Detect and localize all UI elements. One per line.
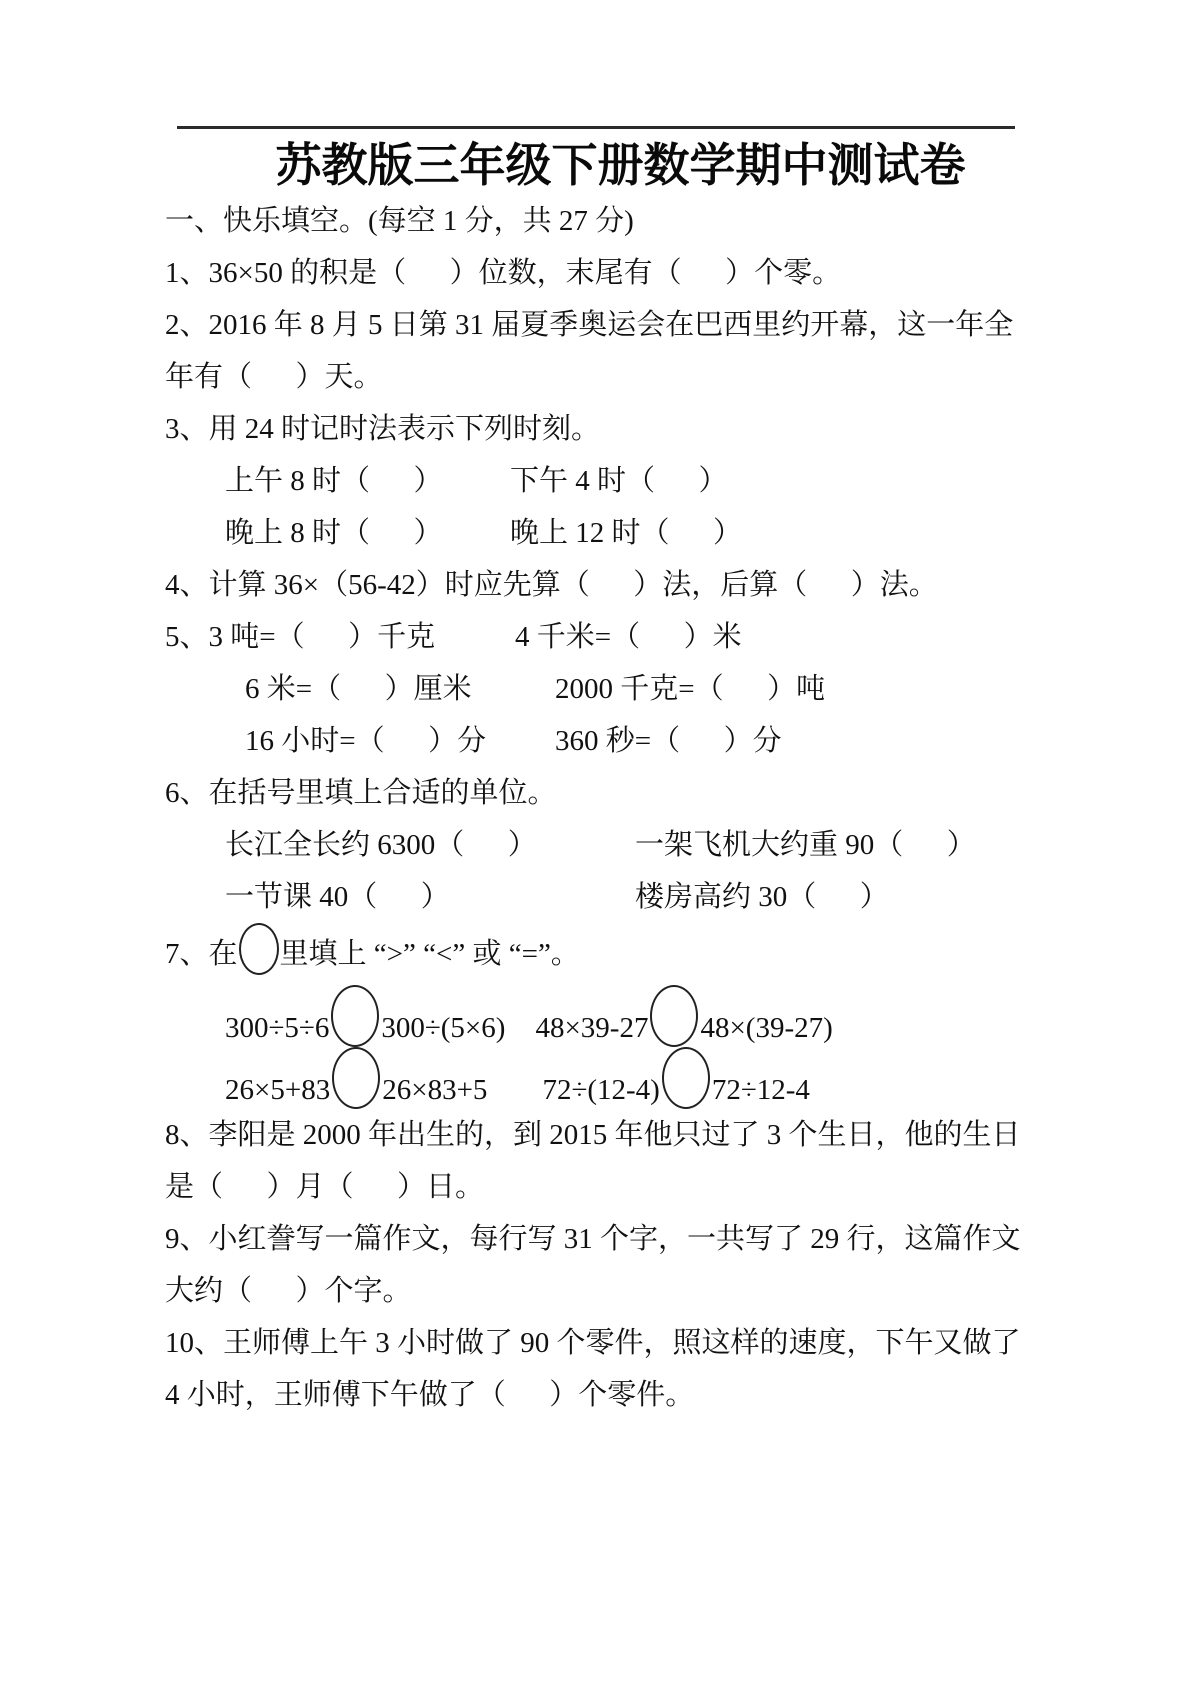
q6-row1-item2: 一架飞机大约重 90（ ） — [635, 829, 976, 861]
q3-row1-item1: 上午 8 时（ ） — [225, 455, 510, 507]
q7-row2-expr-b: 26×83+5 — [382, 1074, 487, 1106]
question-2-line1: 2、2016 年 8 月 5 日第 31 届夏季奥运会在巴西里约开幕，这一年全 — [165, 299, 1065, 351]
q7-intro-post: 里填上 “>” “<” 或 “=”。 — [280, 938, 580, 970]
header-rule — [177, 126, 1015, 129]
question-1: 1、36×50 的积是（ ）位数，末尾有（ ）个零。 — [165, 247, 1065, 299]
question-7-row1: 300÷5÷6300÷(5×6)48×39-2748×(39-27) — [165, 985, 1065, 1047]
q7-row1-expr-d: 48×(39-27) — [700, 1012, 832, 1044]
question-6-row1: 长江全长约 6300（ ）一架飞机大约重 90（ ） — [165, 819, 1065, 871]
question-6-intro: 6、在括号里填上合适的单位。 — [165, 767, 1065, 819]
blank-circle-icon — [331, 985, 379, 1047]
document-page: 苏教版三年级下册数学期中测试卷 一、快乐填空。(每空 1 分，共 27 分) 1… — [0, 0, 1191, 1684]
question-7-row2: 26×5+8326×83+572÷(12-4)72÷12-4 — [165, 1047, 1065, 1109]
q6-row2-item2: 楼房高约 30（ ） — [635, 881, 889, 913]
q7-row2-expr-d: 72÷12-4 — [712, 1074, 810, 1106]
q5-row1-item2: 4 千米=（ ）米 — [515, 621, 742, 653]
q5-row2-item1: 6 米=（ ）厘米 — [245, 663, 555, 715]
q7-row2-expr-a: 26×5+83 — [225, 1074, 330, 1106]
blank-circle-icon — [332, 1047, 380, 1109]
question-5-row3: 16 小时=（ ）分360 秒=（ ）分 — [165, 715, 1065, 767]
question-8-line2: 是（ ）月（ ）日。 — [165, 1161, 1065, 1213]
q7-row1-expr-b: 300÷(5×6) — [381, 1012, 505, 1044]
question-9-line2: 大约（ ）个字。 — [165, 1265, 1065, 1317]
q6-row1-item1: 长江全长约 6300（ ） — [225, 819, 635, 871]
question-5-row1: 5、3 吨=（ ）千克4 千米=（ ）米 — [165, 611, 1065, 663]
question-4: 4、计算 36×（56-42）时应先算（ ）法，后算（ ）法。 — [165, 559, 1065, 611]
question-7-intro: 7、在里填上 “>” “<” 或 “=”。 — [165, 923, 1065, 985]
q5-row3-item2: 360 秒=（ ）分 — [555, 725, 782, 757]
question-9-line1: 9、小红誊写一篇作文，每行写 31 个字，一共写了 29 行，这篇作文 — [165, 1213, 1065, 1265]
page-title: 苏教版三年级下册数学期中测试卷 — [195, 137, 1046, 195]
blank-circle-icon — [239, 923, 279, 975]
q7-row1-expr-c: 48×39-27 — [535, 1012, 648, 1044]
q5-row1-item1: 5、3 吨=（ ）千克 — [165, 611, 515, 663]
question-5-row2: 6 米=（ ）厘米2000 千克=（ ）吨 — [165, 663, 1065, 715]
test-body: 一、快乐填空。(每空 1 分，共 27 分) 1、36×50 的积是（ ）位数，… — [165, 195, 1065, 1421]
q5-row2-item2: 2000 千克=（ ）吨 — [555, 673, 825, 705]
question-6-row2: 一节课 40（ ）楼房高约 30（ ） — [165, 871, 1065, 923]
question-3-row1: 上午 8 时（ ）下午 4 时（ ） — [165, 455, 1065, 507]
q3-row1-item2: 下午 4 时（ ） — [510, 465, 728, 497]
question-3-intro: 3、用 24 时记时法表示下列时刻。 — [165, 403, 1065, 455]
q7-row1-expr-a: 300÷5÷6 — [225, 1012, 329, 1044]
q6-row2-item1: 一节课 40（ ） — [225, 871, 635, 923]
blank-circle-icon — [650, 985, 698, 1047]
q7-row2-expr-c: 72÷(12-4) — [542, 1074, 659, 1106]
section-heading: 一、快乐填空。(每空 1 分，共 27 分) — [165, 195, 1065, 247]
q3-row2-item2: 晚上 12 时（ ） — [510, 517, 742, 549]
question-2-line2: 年有（ ）天。 — [165, 351, 1065, 403]
blank-circle-icon — [662, 1047, 710, 1109]
q3-row2-item1: 晚上 8 时（ ） — [225, 507, 510, 559]
q7-intro-pre: 7、在 — [165, 938, 238, 970]
question-10-line1: 10、王师傅上午 3 小时做了 90 个零件，照这样的速度，下午又做了 — [165, 1317, 1065, 1369]
question-8-line1: 8、李阳是 2000 年出生的，到 2015 年他只过了 3 个生日，他的生日 — [165, 1109, 1065, 1161]
q5-row3-item1: 16 小时=（ ）分 — [245, 715, 555, 767]
question-10-line2: 4 小时，王师傅下午做了（ ）个零件。 — [165, 1369, 1065, 1421]
question-3-row2: 晚上 8 时（ ）晚上 12 时（ ） — [165, 507, 1065, 559]
